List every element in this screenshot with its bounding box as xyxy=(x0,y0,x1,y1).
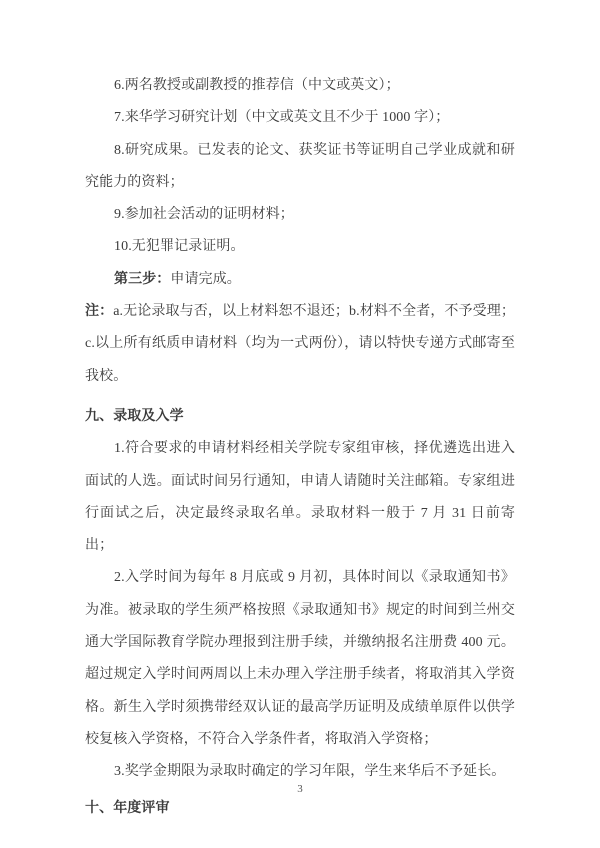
list-item-8: 8.研究成果。已发表的论文、获奖证书等证明自己学业成就和研究能力的资料； xyxy=(85,135,515,200)
step-three-text: 申请完成。 xyxy=(170,272,241,287)
section-heading-9: 九、录取及入学 xyxy=(85,401,515,433)
note-label: 注： xyxy=(85,304,113,319)
list-item-6: 6.两名教授或副教授的推荐信（中文或英文）； xyxy=(85,70,515,102)
step-three-label: 第三步： xyxy=(114,272,170,287)
page-number: 3 xyxy=(0,782,600,796)
list-item-7: 7.来华学习研究计划（中文或英文且不少于 1000 字）； xyxy=(85,102,515,134)
document-page: 6.两名教授或副教授的推荐信（中文或英文）； 7.来华学习研究计划（中文或英文且… xyxy=(0,0,600,848)
section-heading-10: 十、年度评审 xyxy=(85,793,515,825)
document-body: 6.两名教授或副教授的推荐信（中文或英文）； 7.来华学习研究计划（中文或英文且… xyxy=(85,70,515,825)
list-item-10: 10.无犯罪记录证明。 xyxy=(85,231,515,263)
section9-paragraph-2: 2.入学时间为每年 8 月底或 9 月初，具体时间以《录取通知书》为准。被录取的… xyxy=(85,562,515,756)
step-three-line: 第三步：申请完成。 xyxy=(85,264,515,296)
note-paragraph: 注：a.无论录取与否，以上材料恕不退还；b.材料不全者，不予受理；c.以上所有纸… xyxy=(85,296,515,393)
list-item-9: 9.参加社会活动的证明材料； xyxy=(85,199,515,231)
section9-paragraph-1: 1.符合要求的申请材料经相关学院专家组审核，择优遴选出进入面试的人选。面试时间另… xyxy=(85,433,515,562)
note-text: a.无论录取与否，以上材料恕不退还；b.材料不全者，不予受理；c.以上所有纸质申… xyxy=(85,304,515,384)
